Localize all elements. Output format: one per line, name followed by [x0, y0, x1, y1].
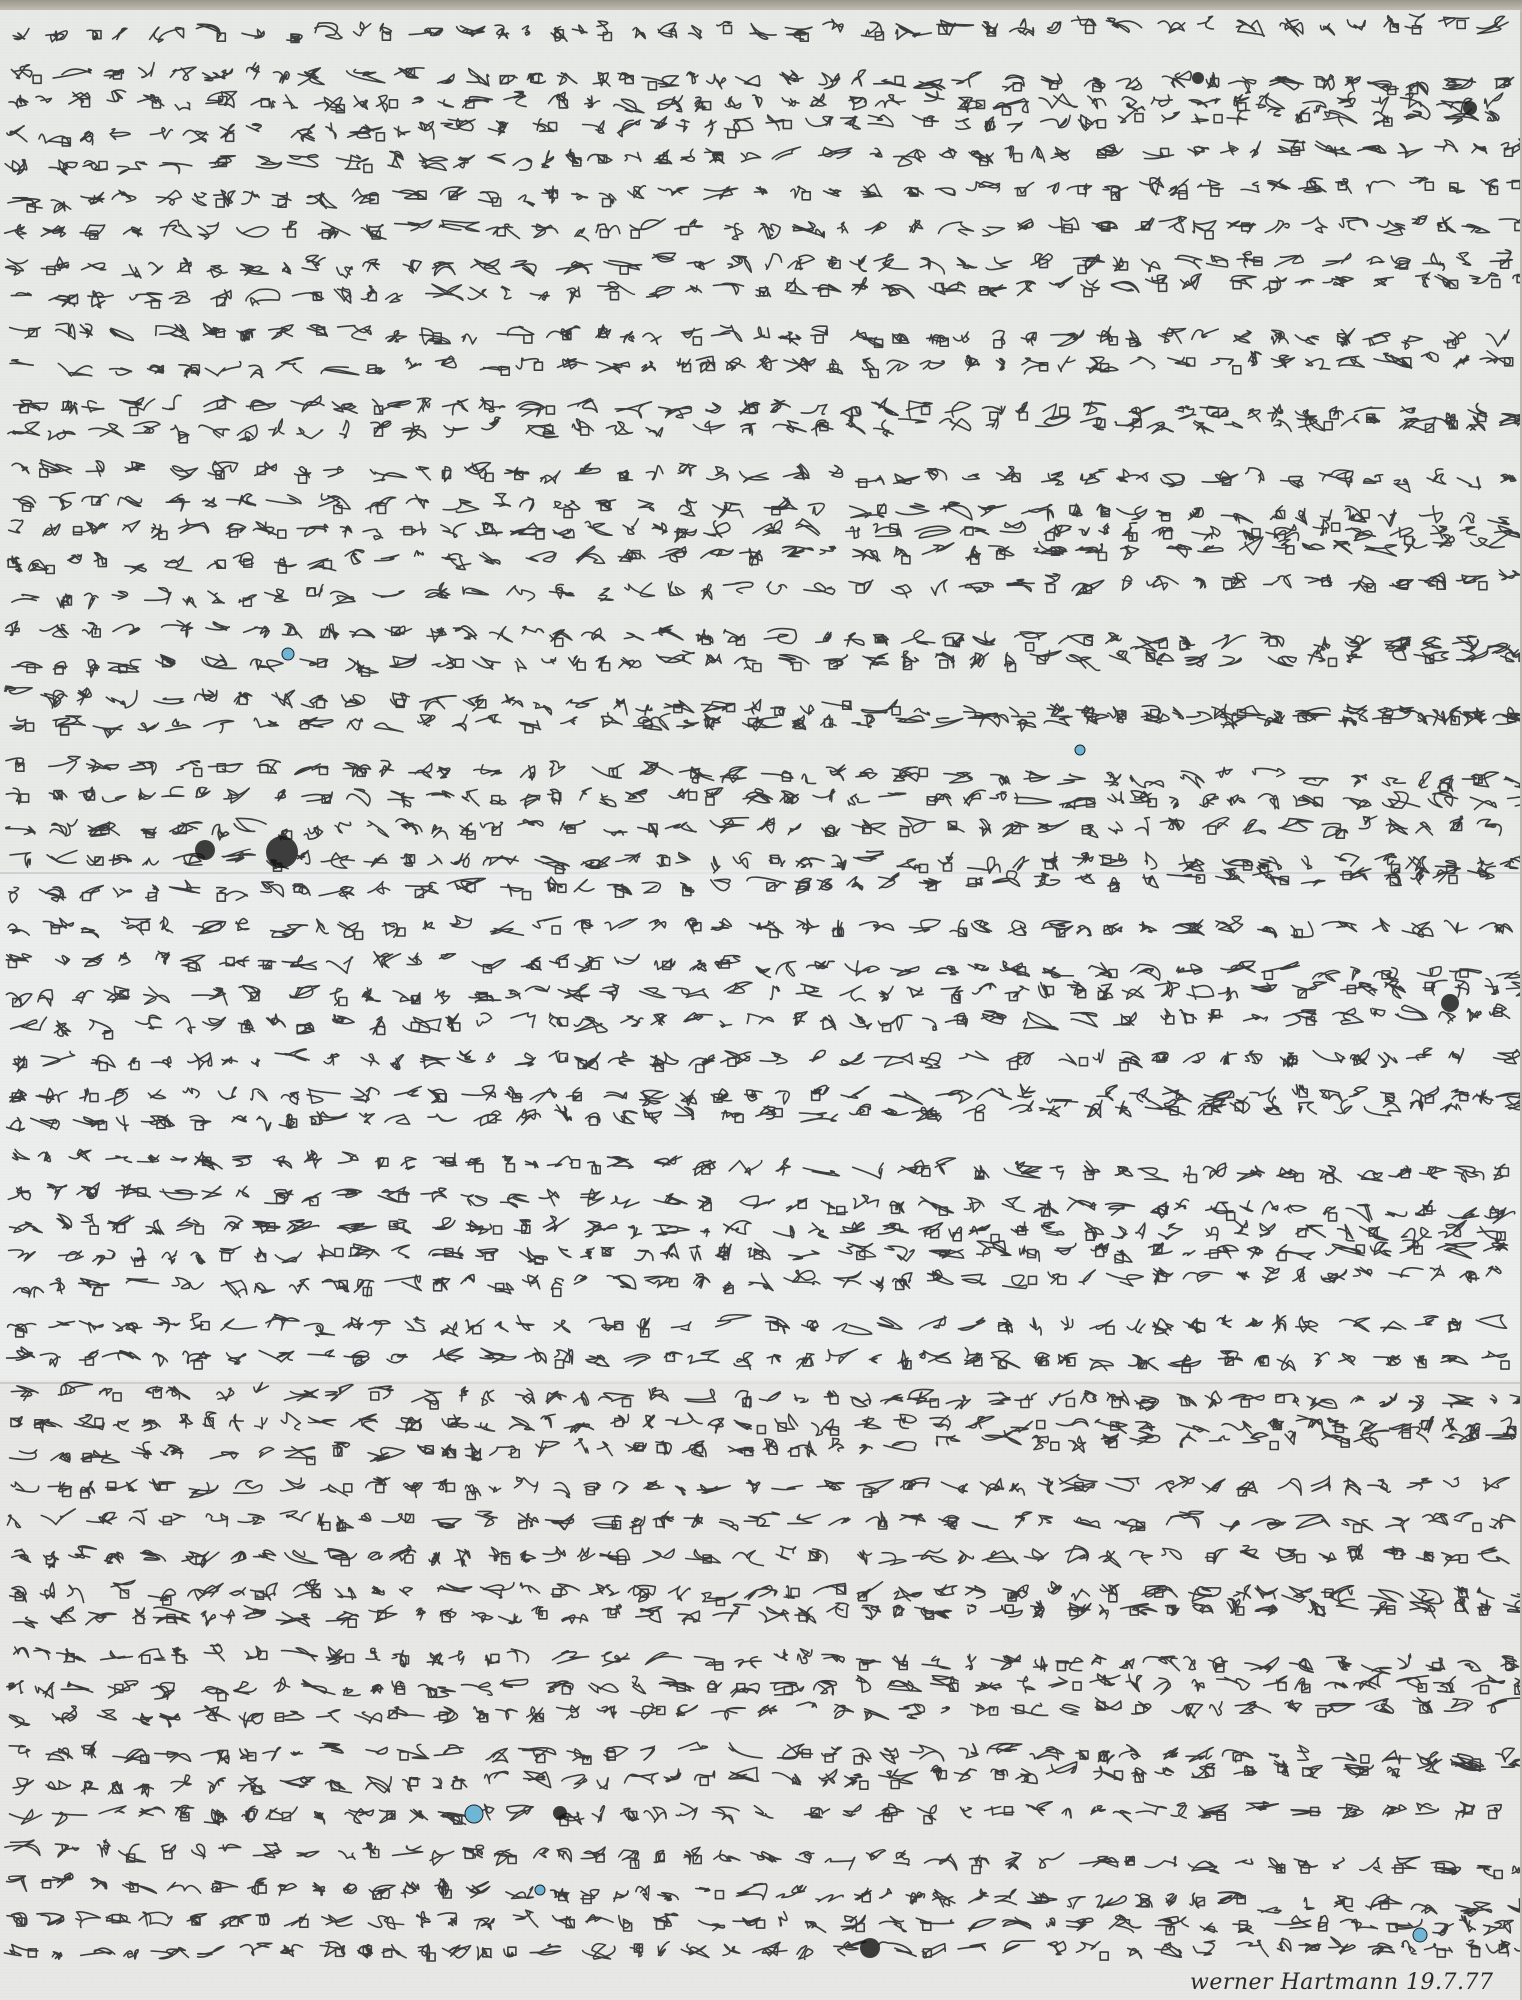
ink-spot [553, 1806, 567, 1820]
asemic-writing [0, 10, 1520, 2000]
ink-spot [1192, 72, 1204, 84]
artist-signature: werner Hartmann 19.7.77 [1190, 1970, 1494, 1995]
ink-spot [1441, 994, 1459, 1012]
blue-thread-dot [1413, 1928, 1427, 1942]
linen-canvas: werner Hartmann 19.7.77 [0, 10, 1520, 2000]
ink-spot [1463, 101, 1477, 115]
blue-thread-dot [1075, 745, 1085, 755]
blue-thread-dot [465, 1805, 483, 1823]
ink-spot [266, 836, 298, 868]
blue-thread-dot [282, 648, 294, 660]
ink-spot [860, 1938, 880, 1958]
artwork-frame: werner Hartmann 19.7.77 [0, 0, 1522, 2000]
blue-thread-dot [535, 1885, 545, 1895]
ink-spot [195, 840, 215, 860]
